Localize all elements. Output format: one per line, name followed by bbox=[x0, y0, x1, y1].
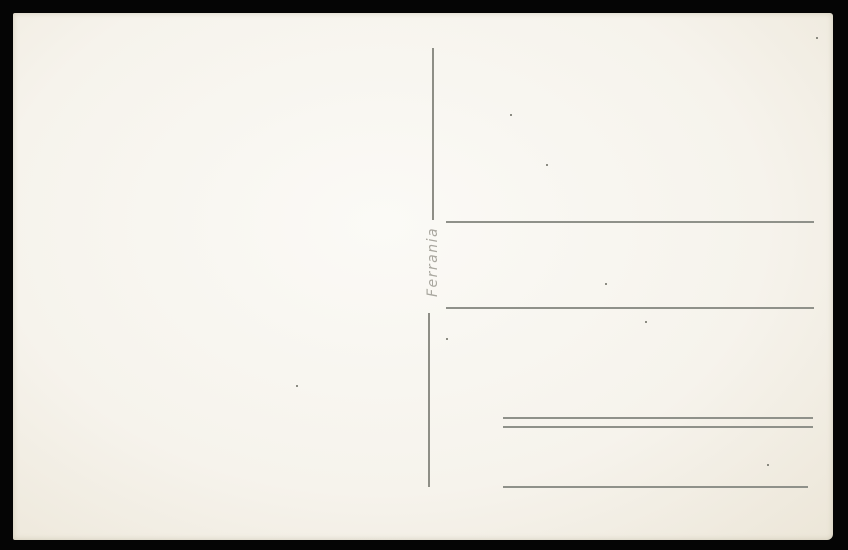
speck bbox=[645, 321, 647, 323]
divider-line-bottom bbox=[428, 313, 430, 487]
address-line-5 bbox=[503, 486, 808, 488]
divider-line-top bbox=[432, 48, 434, 220]
speck bbox=[767, 464, 769, 466]
speck bbox=[296, 385, 298, 387]
speck bbox=[446, 338, 448, 340]
address-line-2 bbox=[446, 307, 814, 309]
address-line-3 bbox=[503, 417, 813, 419]
speck bbox=[605, 283, 607, 285]
speck bbox=[546, 164, 548, 166]
address-line-1 bbox=[446, 221, 814, 223]
address-line-4 bbox=[503, 426, 813, 428]
speck bbox=[510, 114, 512, 116]
speck bbox=[816, 37, 818, 39]
postcard-back: Ferrania bbox=[13, 13, 833, 540]
brand-imprint: Ferrania bbox=[425, 227, 441, 297]
